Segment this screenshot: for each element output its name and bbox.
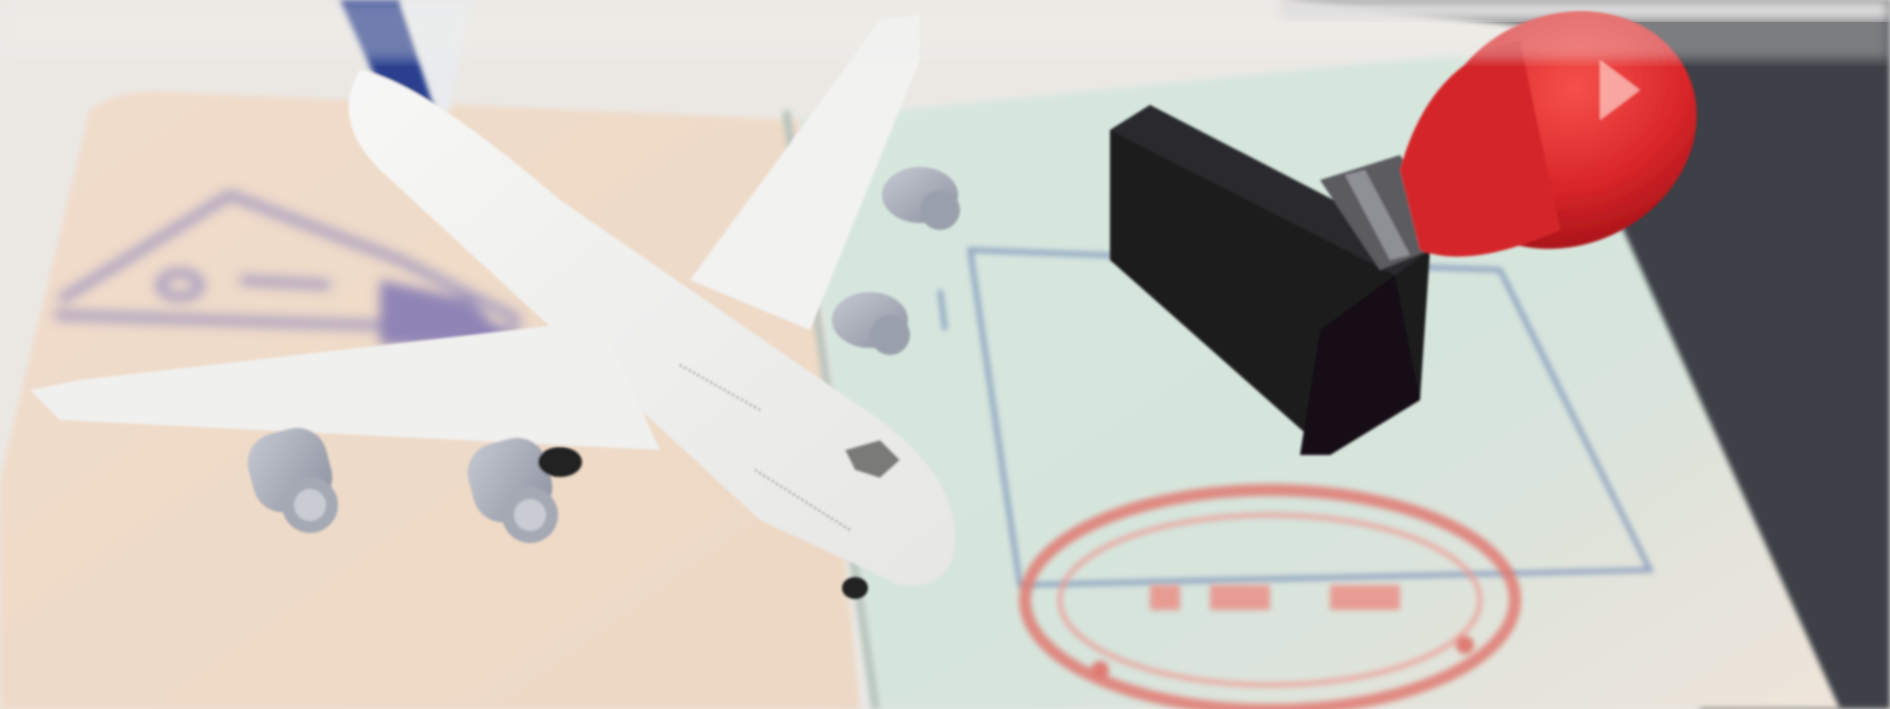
photo-scene [0,0,1890,709]
photo-illustration [0,0,1890,709]
